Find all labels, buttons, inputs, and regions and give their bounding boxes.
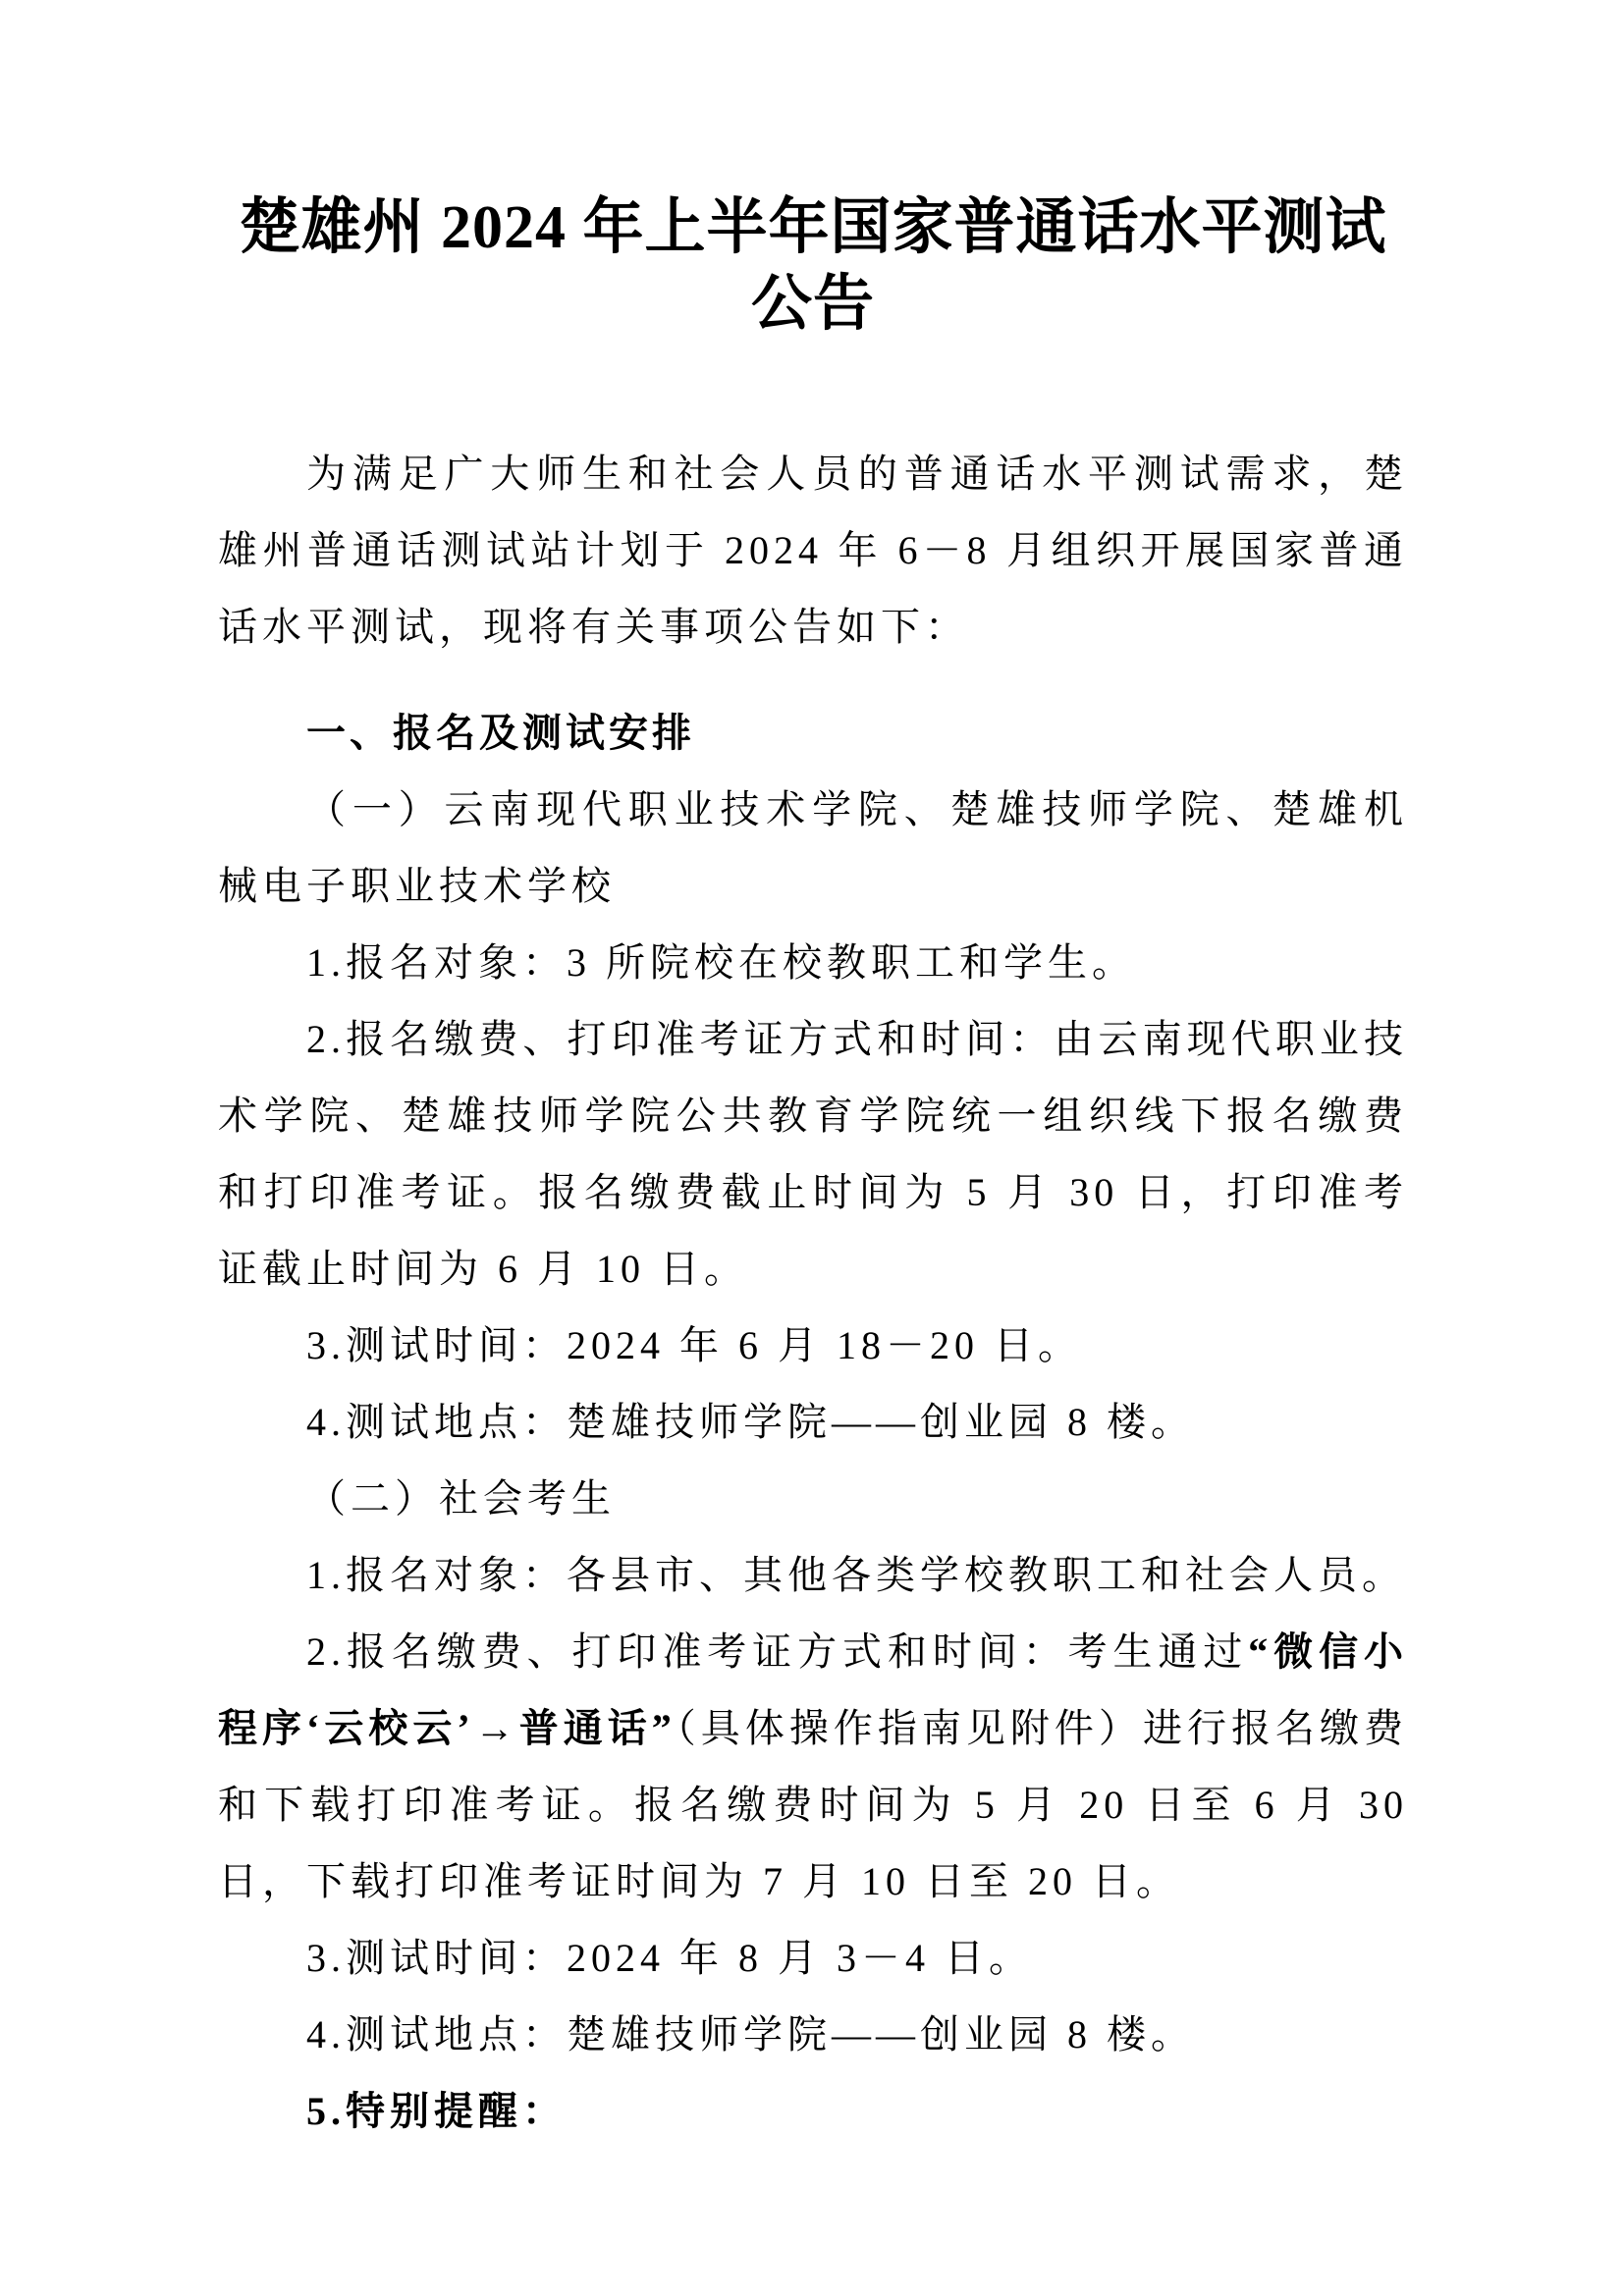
text-run: 2.报名缴费、打印准考证方式和时间：由云南现代职业技术学院、楚雄技师学院公共教育… <box>218 1017 1408 1291</box>
paragraph: 2.报名缴费、打印准考证方式和时间：由云南现代职业技术学院、楚雄技师学院公共教育… <box>218 1001 1408 1308</box>
paragraph: 1.报名对象：3 所院校在校教职工和学生。 <box>218 925 1408 1001</box>
text-run: 3.测试时间：2024 年 6 月 18－20 日。 <box>306 1323 1082 1367</box>
bold-text-run: 一、报名及测试安排 <box>306 712 695 755</box>
paragraph: 为满足广大师生和社会人员的普通话水平测试需求，楚雄州普通话测试站计划于 2024… <box>218 436 1408 666</box>
text-run: 1.报名对象：3 所院校在校教职工和学生。 <box>306 940 1136 985</box>
document-page: 楚雄州 2024 年上半年国家普通话水平测试公告 为满足广大师生和社会人员的普通… <box>0 0 1624 2296</box>
document-body: 为满足广大师生和社会人员的普通话水平测试需求，楚雄州普通话测试站计划于 2024… <box>218 436 1408 2150</box>
text-run: 为满足广大师生和社会人员的普通话水平测试需求，楚雄州普通话测试站计划于 2024… <box>218 452 1408 649</box>
paragraph: 3.测试时间：2024 年 8 月 3－4 日。 <box>218 1920 1408 1997</box>
document-title: 楚雄州 2024 年上半年国家普通话水平测试公告 <box>218 189 1408 343</box>
paragraph: 5.特别提醒： <box>218 2073 1408 2150</box>
paragraph: 4.测试地点：楚雄技师学院——创业园 8 楼。 <box>218 1997 1408 2073</box>
text-run: 4.测试地点：楚雄技师学院——创业园 8 楼。 <box>306 1400 1195 1444</box>
sub-heading: （二）社会考生 <box>218 1461 1408 1537</box>
sub-heading: （一）云南现代职业技术学院、楚雄技师学院、楚雄机械电子职业技术学校 <box>218 772 1408 925</box>
paragraph: 2.报名缴费、打印准考证方式和时间：考生通过“微信小程序‘云校云’→普通话”（具… <box>218 1614 1408 1920</box>
text-run: 4.测试地点：楚雄技师学院——创业园 8 楼。 <box>306 2012 1195 2056</box>
bold-text-run: 5.特别提醒： <box>306 2089 567 2133</box>
text-run: 2.报名缴费、打印准考证方式和时间：考生通过 <box>306 1629 1248 1674</box>
section-heading: 一、报名及测试安排 <box>218 695 1408 772</box>
text-run: （一）云南现代职业技术学院、楚雄技师学院、楚雄机械电子职业技术学校 <box>218 787 1408 908</box>
text-run: （二）社会考生 <box>306 1476 616 1521</box>
paragraph: 3.测试时间：2024 年 6 月 18－20 日。 <box>218 1308 1408 1384</box>
text-run: 1.报名对象：各县市、其他各类学校教职工和社会人员。 <box>306 1553 1406 1597</box>
text-run: 3.测试时间：2024 年 8 月 3－4 日。 <box>306 1936 1033 1980</box>
paragraph: 1.报名对象：各县市、其他各类学校教职工和社会人员。 <box>218 1537 1408 1614</box>
paragraph: 4.测试地点：楚雄技师学院——创业园 8 楼。 <box>218 1384 1408 1461</box>
